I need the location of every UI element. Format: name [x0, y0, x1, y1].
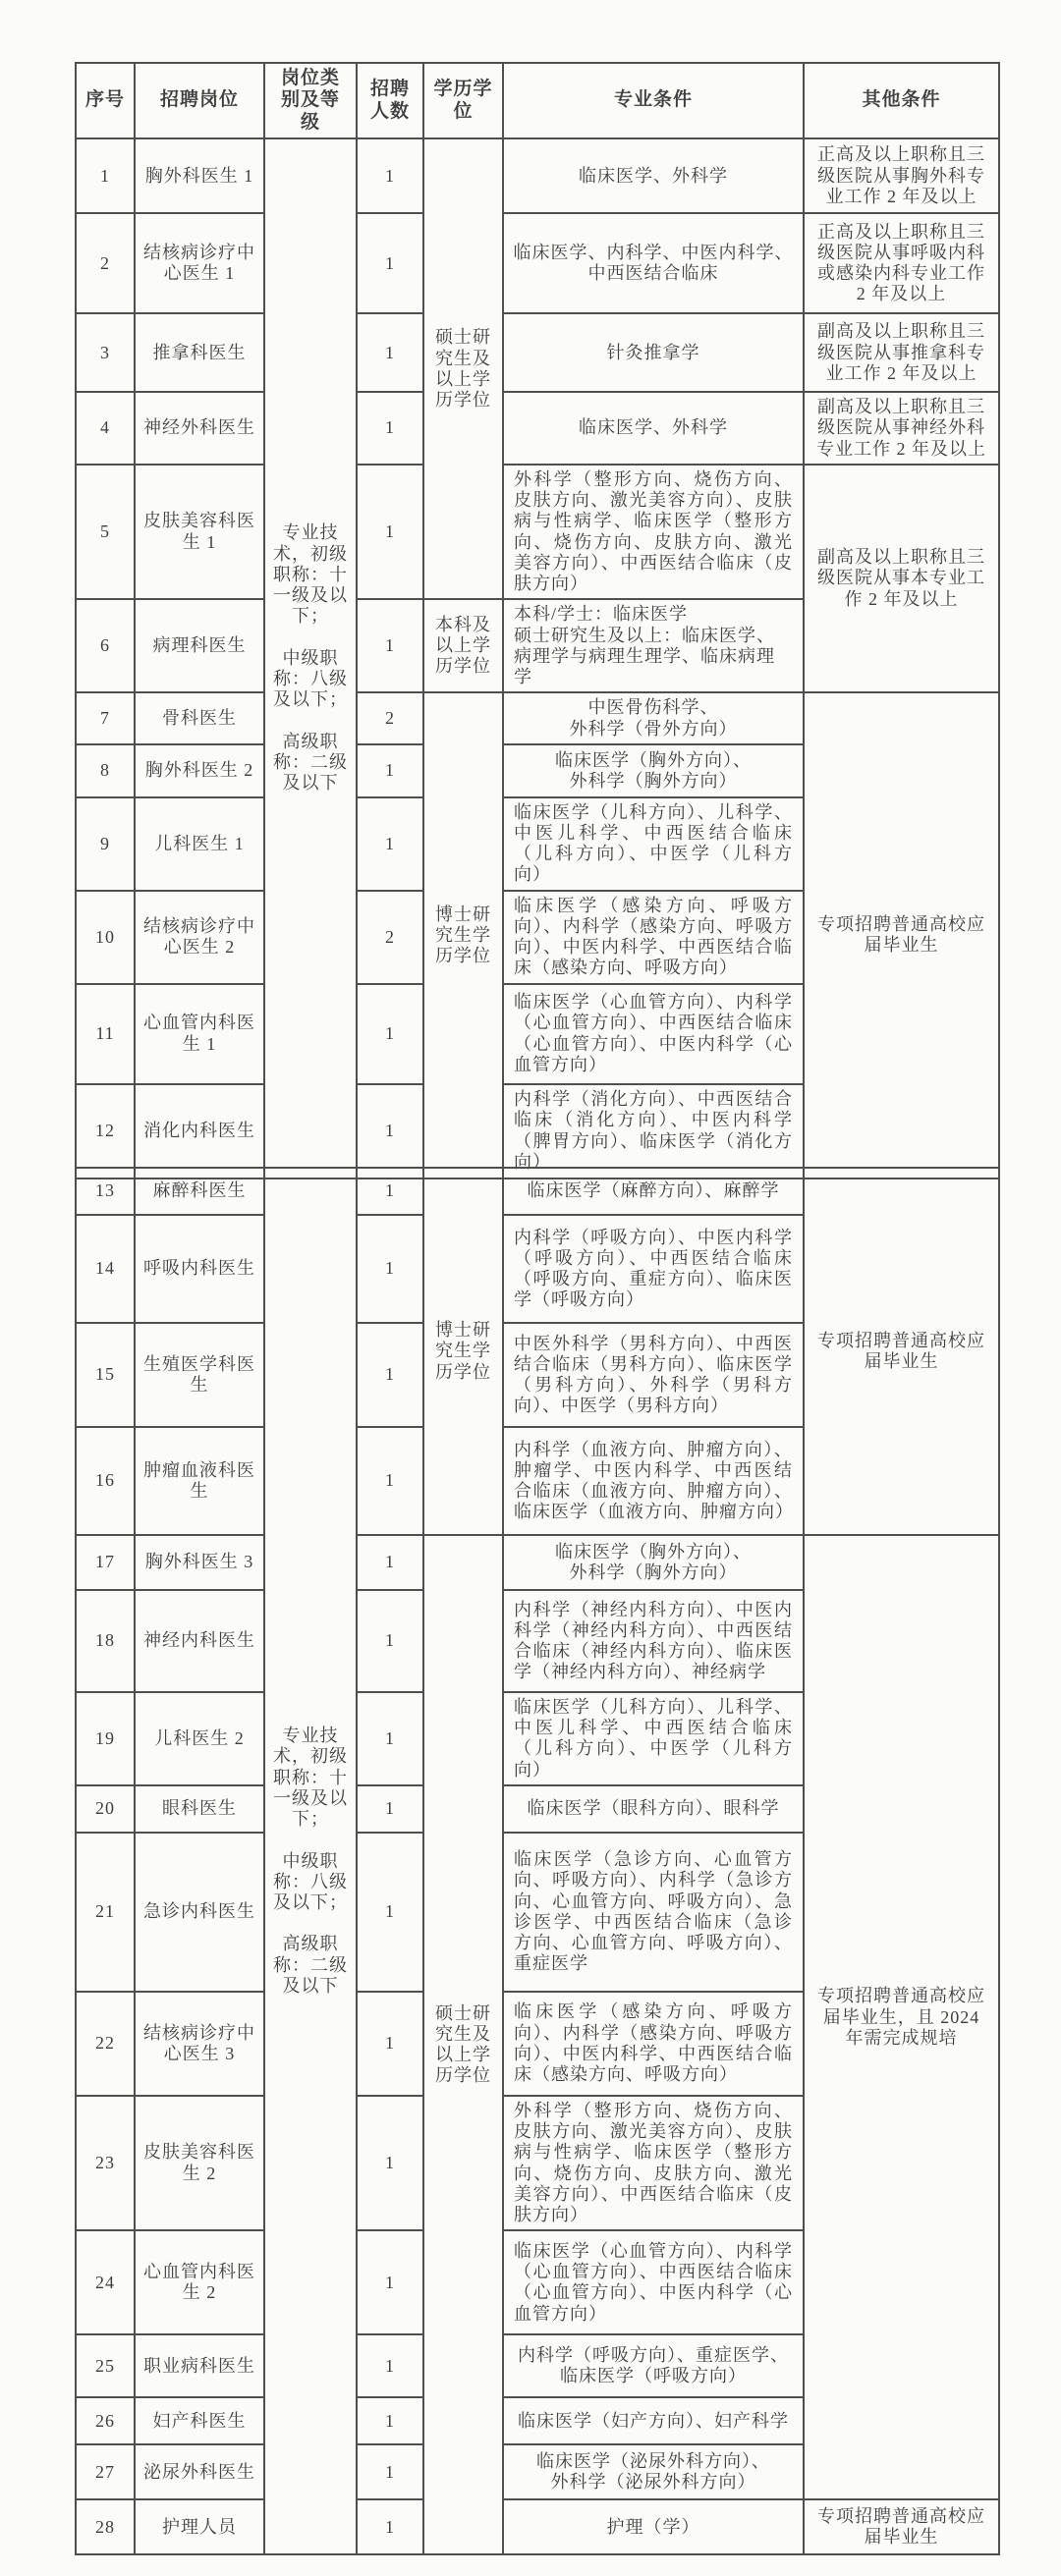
cell-major: 临床医学（儿科方向）、儿科学、中医儿科学、中西医结合临床（儿科方向）、中医学（儿… — [503, 797, 804, 891]
cell-education: 硕士研究生及以上学历学位 — [423, 138, 503, 599]
cell-count: 1 — [357, 2499, 423, 2554]
cell-seq: 13 — [76, 1168, 135, 1215]
cell-other: 正高及以上职称且三级医院从事胸外科专业工作 2 年及以上 — [804, 138, 999, 213]
cell-seq: 11 — [76, 984, 135, 1084]
cell-other: 正高及以上职称且三级医院从事呼吸内科或感染内科专业工作 2 年及以上 — [804, 213, 999, 313]
recruitment-table-1: 序号招聘岗位岗位类别及等级招聘人数学历学位专业条件其他条件1胸外科医生 1专业技… — [75, 62, 1000, 1179]
cell-major: 临床医学（眼科方向）、眼科学 — [503, 1785, 804, 1833]
cell-post: 泌尿外科医生 — [135, 2444, 264, 2499]
cell-major: 临床医学（心血管方向）、内科学（心血管方向）、中西医结合临床（心血管方向）、中医… — [503, 984, 804, 1084]
cell-seq: 15 — [76, 1323, 135, 1427]
cell-post: 结核病诊疗中心医生 1 — [135, 213, 264, 313]
cell-major: 临床医学（儿科方向）、儿科学、中医儿科学、中西医结合临床（儿科方向）、中医学（儿… — [503, 1692, 804, 1785]
cell-post: 推拿科医生 — [135, 313, 264, 392]
cell-seq: 19 — [76, 1692, 135, 1785]
cell-count: 1 — [357, 1084, 423, 1178]
cell-count: 1 — [357, 1590, 423, 1692]
recruitment-table-2: 13麻醉科医生专业技术，初级职称：十一级及以下； 中级职称：八级及以下； 高级职… — [75, 1167, 1000, 2555]
cell-seq: 17 — [76, 1535, 135, 1590]
cell-count: 2 — [357, 891, 423, 984]
cell-major: 针灸推拿学 — [503, 313, 804, 392]
cell-seq: 3 — [76, 313, 135, 392]
cell-count: 1 — [357, 1992, 423, 2096]
cell-seq: 2 — [76, 213, 135, 313]
cell-count: 2 — [357, 692, 423, 743]
cell-count: 1 — [357, 1427, 423, 1535]
cell-other: 专项招聘普通高校应届毕业生 — [804, 1168, 999, 1535]
cell-seq: 8 — [76, 744, 135, 797]
cell-count: 1 — [357, 599, 423, 692]
cell-post: 急诊内科医生 — [135, 1833, 264, 1992]
cell-seq: 5 — [76, 465, 135, 599]
cell-major: 临床医学（泌尿外科方向）、 外科学（泌尿外科方向） — [503, 2444, 804, 2499]
cell-seq: 16 — [76, 1427, 135, 1535]
cell-category: 专业技术，初级职称：十一级及以下； 中级职称：八级及以下； 高级职称：二级及以下 — [264, 138, 357, 1178]
cell-post: 儿科医生 1 — [135, 797, 264, 891]
cell-post: 生殖医学科医生 — [135, 1323, 264, 1427]
cell-other: 专项招聘普通高校应届毕业生 — [804, 692, 999, 1178]
table-row: 1胸外科医生 1专业技术，初级职称：十一级及以下； 中级职称：八级及以下； 高级… — [76, 138, 999, 213]
cell-count: 1 — [357, 1785, 423, 1833]
cell-other: 专项招聘普通高校应届毕业生 — [804, 2499, 999, 2554]
cell-post: 胸外科医生 3 — [135, 1535, 264, 1590]
cell-other: 副高及以上职称且三级医院从事推拿科专业工作 2 年及以上 — [804, 313, 999, 392]
cell-major: 内科学（神经内科方向）、中医内科学（神经内科方向）、中西医结合临床（神经内科方向… — [503, 1590, 804, 1692]
cell-count: 1 — [357, 2334, 423, 2397]
cell-education: 硕士研究生及以上学历学位 — [423, 1535, 503, 2554]
cell-post: 心血管内科医生 1 — [135, 984, 264, 1084]
cell-major: 外科学（整形方向、烧伤方向、皮肤方向、激光美容方向）、皮肤病与性病学、临床医学（… — [503, 465, 804, 599]
cell-post: 眼科医生 — [135, 1785, 264, 1833]
table-row: 2结核病诊疗中心医生 11临床医学、内科学、中医内科学、 中西医结合临床正高及以… — [76, 213, 999, 313]
cell-seq: 7 — [76, 692, 135, 743]
cell-count: 1 — [357, 1692, 423, 1785]
cell-count: 1 — [357, 984, 423, 1084]
cell-count: 1 — [357, 1833, 423, 1992]
cell-post: 皮肤美容科医生 1 — [135, 465, 264, 599]
cell-count: 1 — [357, 313, 423, 392]
cell-major: 临床医学（胸外方向）、 外科学（胸外方向） — [503, 1535, 804, 1590]
cell-count: 1 — [357, 2096, 423, 2230]
cell-major: 临床医学（麻醉方向）、麻醉学 — [503, 1168, 804, 1215]
cell-seq: 6 — [76, 599, 135, 692]
cell-post: 胸外科医生 1 — [135, 138, 264, 213]
cell-count: 1 — [357, 138, 423, 213]
cell-post: 儿科医生 2 — [135, 1692, 264, 1785]
cell-post: 骨科医生 — [135, 692, 264, 743]
cell-major: 临床医学（胸外方向）、 外科学（胸外方向） — [503, 744, 804, 797]
cell-post: 病理科医生 — [135, 599, 264, 692]
cell-count: 1 — [357, 392, 423, 465]
table-row: 13麻醉科医生专业技术，初级职称：十一级及以下； 中级职称：八级及以下； 高级职… — [76, 1168, 999, 1215]
cell-seq: 4 — [76, 392, 135, 465]
cell-post: 妇产科医生 — [135, 2397, 264, 2444]
cell-seq: 26 — [76, 2397, 135, 2444]
table-row: 28护理人员1护理（学）专项招聘普通高校应届毕业生 — [76, 2499, 999, 2554]
cell-post: 心血管内科医生 2 — [135, 2230, 264, 2334]
cell-major: 中医外科学（男科方向）、中西医结合临床（男科方向）、临床医学（男科方向）、外科学… — [503, 1323, 804, 1427]
cell-post: 皮肤美容科医生 2 — [135, 2096, 264, 2230]
cell-count: 1 — [357, 2444, 423, 2499]
cell-seq: 28 — [76, 2499, 135, 2554]
column-header: 招聘人数 — [357, 63, 423, 138]
cell-major: 临床医学、外科学 — [503, 392, 804, 465]
cell-major: 内科学（血液方向、肿瘤方向）、肿瘤学、中医内科学、中西医结合临床（血液方向、肿瘤… — [503, 1427, 804, 1535]
cell-major: 中医骨伤科学、 外科学（骨外方向） — [503, 692, 804, 743]
cell-seq: 25 — [76, 2334, 135, 2397]
cell-count: 1 — [357, 1215, 423, 1323]
cell-post: 胸外科医生 2 — [135, 744, 264, 797]
cell-seq: 23 — [76, 2096, 135, 2230]
cell-major: 护理（学） — [503, 2499, 804, 2554]
cell-count: 1 — [357, 465, 423, 599]
cell-other: 副高及以上职称且三级医院从事本专业工作 2 年及以上 — [804, 465, 999, 692]
document-page: 序号招聘岗位岗位类别及等级招聘人数学历学位专业条件其他条件1胸外科医生 1专业技… — [0, 0, 1061, 2576]
cell-major: 临床医学（感染方向、呼吸方向）、内科学（感染方向、呼吸方向）、中医内科学、中西医… — [503, 891, 804, 984]
cell-other: 副高及以上职称且三级医院从事神经外科专业工作 2 年及以上 — [804, 392, 999, 465]
cell-major: 内科学（呼吸方向）、重症医学、 临床医学（呼吸方向） — [503, 2334, 804, 2397]
cell-post: 神经外科医生 — [135, 392, 264, 465]
cell-post: 护理人员 — [135, 2499, 264, 2554]
cell-education: 博士研究生学历学位 — [423, 1168, 503, 1535]
column-header: 序号 — [76, 63, 135, 138]
cell-major: 本科/学士：临床医学 硕士研究生及以上：临床医学、病理学与病理生理学、临床病理学 — [503, 599, 804, 692]
cell-major: 内科学（呼吸方向）、中医内科学（呼吸方向）、中西医结合临床（呼吸方向、重症方向）… — [503, 1215, 804, 1323]
column-header: 学历学位 — [423, 63, 503, 138]
cell-major: 临床医学（感染方向、呼吸方向）、内科学（感染方向、呼吸方向）、中医内科学、中西医… — [503, 1992, 804, 2096]
cell-post: 神经内科医生 — [135, 1590, 264, 1692]
cell-seq: 18 — [76, 1590, 135, 1692]
cell-major: 临床医学（妇产方向）、妇产科学 — [503, 2397, 804, 2444]
cell-major: 临床医学、内科学、中医内科学、 中西医结合临床 — [503, 213, 804, 313]
cell-post: 结核病诊疗中心医生 2 — [135, 891, 264, 984]
cell-seq: 21 — [76, 1833, 135, 1992]
column-header: 其他条件 — [804, 63, 999, 138]
table-row: 5皮肤美容科医生 11外科学（整形方向、烧伤方向、皮肤方向、激光美容方向）、皮肤… — [76, 465, 999, 599]
cell-count: 1 — [357, 2397, 423, 2444]
cell-education: 本科及以上学历学位 — [423, 599, 503, 692]
cell-count: 1 — [357, 1168, 423, 1215]
cell-major: 内科学（消化方向）、中西医结合临床（消化方向）、中医内科学（脾胃方向）、临床医学… — [503, 1084, 804, 1178]
cell-seq: 12 — [76, 1084, 135, 1178]
cell-post: 结核病诊疗中心医生 3 — [135, 1992, 264, 2096]
cell-major: 临床医学、外科学 — [503, 138, 804, 213]
cell-seq: 20 — [76, 1785, 135, 1833]
cell-post: 职业病科医生 — [135, 2334, 264, 2397]
cell-major: 外科学（整形方向、烧伤方向、皮肤方向、激光美容方向）、皮肤病与性病学、临床医学（… — [503, 2096, 804, 2230]
table-row: 17胸外科医生 31硕士研究生及以上学历学位临床医学（胸外方向）、 外科学（胸外… — [76, 1535, 999, 1590]
cell-seq: 10 — [76, 891, 135, 984]
column-header: 招聘岗位 — [135, 63, 264, 138]
cell-other: 专项招聘普通高校应届毕业生，且 2024 年需完成规培 — [804, 1535, 999, 2499]
cell-post: 肿瘤血液科医生 — [135, 1427, 264, 1535]
cell-seq: 27 — [76, 2444, 135, 2499]
cell-count: 1 — [357, 213, 423, 313]
cell-major: 临床医学（心血管方向）、内科学（心血管方向）、中西医结合临床（心血管方向）、中医… — [503, 2230, 804, 2334]
cell-major: 临床医学（急诊方向、心血管方向、呼吸方向）、内科学（急诊方向、心血管方向、呼吸方… — [503, 1833, 804, 1992]
cell-post: 麻醉科医生 — [135, 1168, 264, 1215]
cell-seq: 14 — [76, 1215, 135, 1323]
cell-count: 1 — [357, 1323, 423, 1427]
cell-seq: 9 — [76, 797, 135, 891]
cell-seq: 22 — [76, 1992, 135, 2096]
cell-seq: 24 — [76, 2230, 135, 2334]
cell-post: 消化内科医生 — [135, 1084, 264, 1178]
column-header: 岗位类别及等级 — [264, 63, 357, 138]
table-row: 7骨科医生2博士研究生学历学位中医骨伤科学、 外科学（骨外方向）专项招聘普通高校… — [76, 692, 999, 743]
column-header: 专业条件 — [503, 63, 804, 138]
cell-seq: 1 — [76, 138, 135, 213]
cell-category: 专业技术，初级职称：十一级及以下； 中级职称：八级及以下； 高级职称：二级及以下 — [264, 1168, 357, 2554]
cell-count: 1 — [357, 797, 423, 891]
table-row: 4神经外科医生1临床医学、外科学副高及以上职称且三级医院从事神经外科专业工作 2… — [76, 392, 999, 465]
cell-post: 呼吸内科医生 — [135, 1215, 264, 1323]
cell-count: 1 — [357, 744, 423, 797]
cell-count: 1 — [357, 1535, 423, 1590]
table-row: 3推拿科医生1针灸推拿学副高及以上职称且三级医院从事推拿科专业工作 2 年及以上 — [76, 313, 999, 392]
cell-education: 博士研究生学历学位 — [423, 692, 503, 1178]
cell-count: 1 — [357, 2230, 423, 2334]
